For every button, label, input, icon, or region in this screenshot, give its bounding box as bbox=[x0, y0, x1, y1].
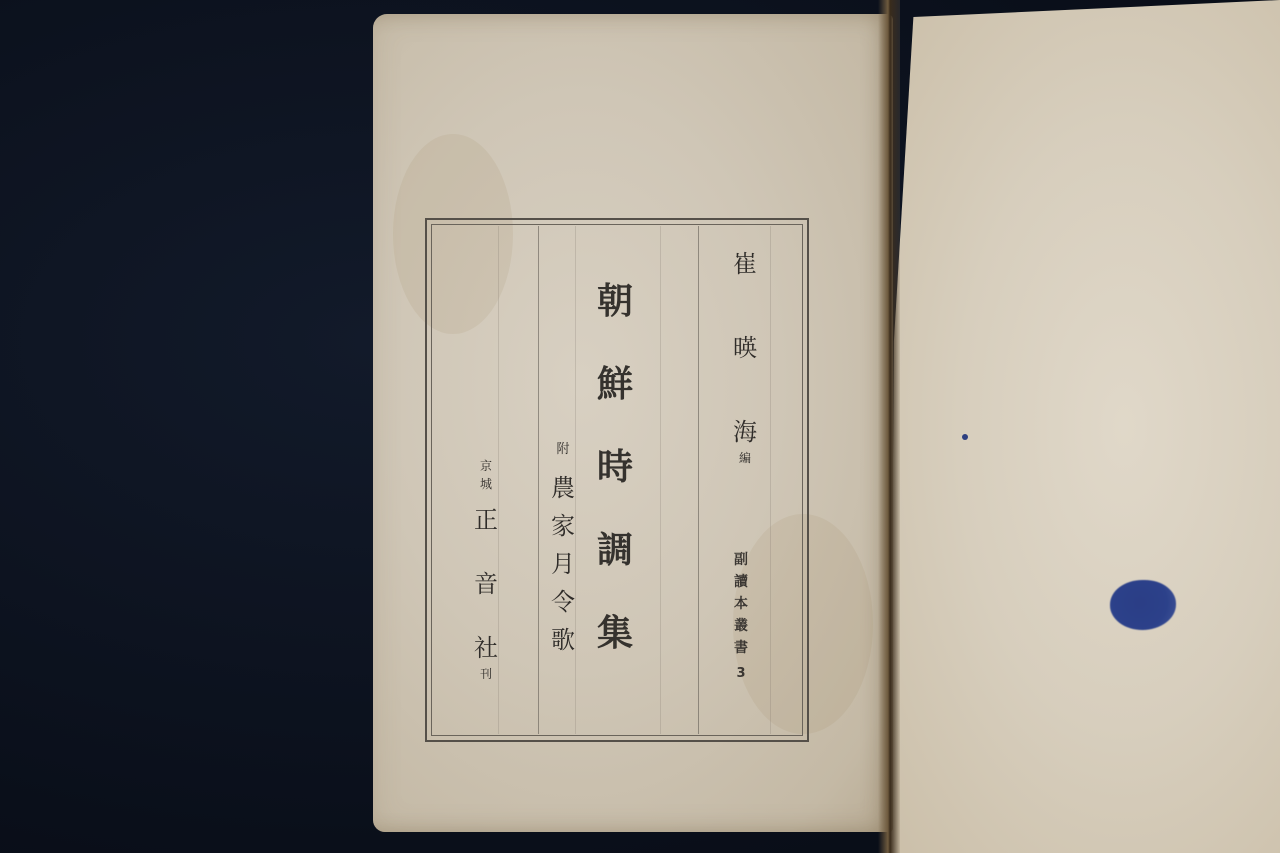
series-volume: 3 bbox=[736, 667, 745, 680]
publisher-char: 正 bbox=[474, 508, 498, 532]
editor-role: 編 bbox=[739, 452, 751, 464]
ink-blot bbox=[1110, 580, 1176, 630]
publisher-imprint: 京 城 正 音 社 刊 bbox=[474, 460, 498, 686]
appendix-char: 家 bbox=[551, 514, 575, 538]
publisher-char: 音 bbox=[474, 572, 498, 596]
series-char: 書 bbox=[734, 641, 748, 655]
appendix-char: 月 bbox=[551, 552, 575, 576]
editor-credit: 崔 暎 海 編 bbox=[733, 252, 757, 464]
facing-page bbox=[890, 0, 1280, 853]
series-char: 讀 bbox=[734, 575, 748, 589]
title-char: 時 bbox=[597, 449, 633, 485]
book-gutter bbox=[878, 0, 900, 853]
editor-char: 崔 bbox=[733, 252, 757, 276]
appendix-char: 農 bbox=[551, 476, 575, 500]
title-char: 鮮 bbox=[597, 366, 633, 402]
ink-speck bbox=[962, 434, 968, 440]
series-label: 副 讀 本 叢 書 3 bbox=[734, 553, 748, 688]
column-rule bbox=[660, 226, 661, 734]
appendix-subtitle: 附 農 家 月 令 歌 bbox=[551, 443, 575, 666]
publisher-place-char: 城 bbox=[480, 478, 492, 490]
appendix-char: 歌 bbox=[551, 628, 575, 652]
publisher-char: 社 bbox=[474, 636, 498, 660]
editor-char: 暎 bbox=[733, 336, 757, 360]
column-rule bbox=[770, 226, 771, 734]
publisher-suffix: 刊 bbox=[480, 668, 492, 680]
column-rule bbox=[498, 226, 499, 734]
column-rule bbox=[538, 226, 539, 734]
book-title: 朝 鮮 時 調 集 bbox=[597, 283, 633, 698]
editor-char: 海 bbox=[733, 420, 757, 444]
title-char: 調 bbox=[597, 532, 633, 568]
series-char: 本 bbox=[734, 597, 748, 611]
appendix-char: 令 bbox=[551, 590, 575, 614]
photo-scene: 崔 暎 海 編 副 讀 本 叢 書 3 朝 鮮 時 調 集 附 農 家 月 令 … bbox=[0, 0, 1280, 853]
series-char: 副 bbox=[734, 553, 748, 567]
column-rule bbox=[698, 226, 699, 734]
appendix-label: 附 bbox=[556, 443, 569, 456]
title-char: 朝 bbox=[597, 283, 633, 319]
column-rule bbox=[575, 226, 576, 734]
series-char: 叢 bbox=[734, 619, 748, 633]
title-char: 集 bbox=[597, 615, 633, 651]
publisher-place-char: 京 bbox=[480, 460, 492, 472]
